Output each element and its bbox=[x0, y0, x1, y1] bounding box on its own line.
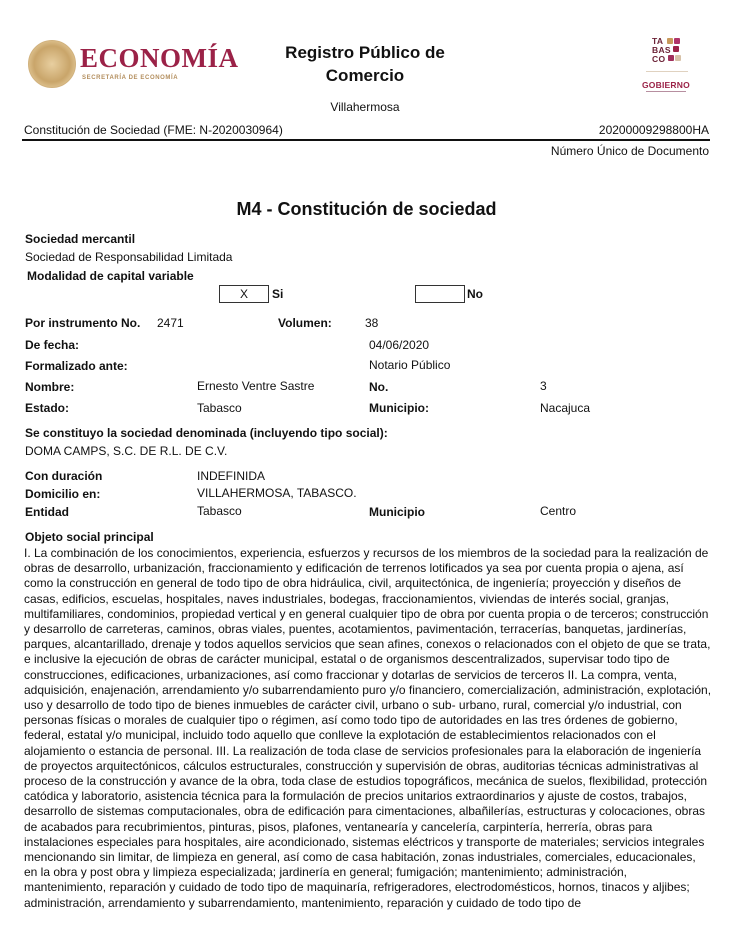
denominacion-label: Se constituyo la sociedad denominada (in… bbox=[25, 426, 388, 440]
tabasco-tile-icon bbox=[668, 55, 674, 61]
capital-variable-si-label: Si bbox=[272, 287, 283, 301]
municipio2-value: Centro bbox=[540, 504, 576, 518]
tabasco-gobierno-logo: TA BAS CO GOBIERNO bbox=[640, 37, 692, 93]
domicilio-label: Domicilio en: bbox=[25, 487, 100, 501]
volumen-value: 38 bbox=[365, 316, 378, 330]
capital-variable-label: Modalidad de capital variable bbox=[27, 269, 194, 283]
objeto-social-label: Objeto social principal bbox=[25, 530, 154, 544]
estado-label: Estado: bbox=[25, 401, 69, 415]
formalizado-value: Notario Público bbox=[369, 358, 450, 372]
document-number-caption: Número Único de Documento bbox=[551, 144, 709, 158]
economia-logo: ECONOMÍA SECRETARÍA DE ECONOMÍA bbox=[28, 40, 243, 90]
tabasco-tile-icon bbox=[675, 55, 681, 61]
capital-variable-no-checkbox[interactable] bbox=[415, 285, 465, 303]
city-label: Villahermosa bbox=[240, 100, 490, 114]
sociedad-mercantil-value: Sociedad de Responsabilidad Limitada bbox=[25, 250, 232, 264]
entidad-value: Tabasco bbox=[197, 504, 242, 518]
domicilio-value: VILLAHERMOSA, TABASCO. bbox=[197, 486, 357, 500]
entidad-label: Entidad bbox=[25, 505, 69, 519]
sociedad-mercantil-label: Sociedad mercantil bbox=[25, 232, 135, 246]
nombre-value: Ernesto Ventre Sastre bbox=[197, 379, 314, 393]
duracion-value: INDEFINIDA bbox=[197, 469, 265, 483]
tabasco-tile-icon bbox=[667, 38, 673, 44]
municipio2-label: Municipio bbox=[369, 505, 425, 519]
instrumento-value: 2471 bbox=[157, 316, 184, 330]
tabasco-tile-icon bbox=[674, 38, 680, 44]
municipio-label: Municipio: bbox=[369, 401, 429, 415]
mexico-coat-of-arms-seal-icon bbox=[28, 40, 76, 88]
instrumento-label: Por instrumento No. bbox=[25, 316, 140, 330]
title-line-1: Registro Público de bbox=[240, 41, 490, 64]
objeto-social-text: I. La combinación de los conocimientos, … bbox=[24, 546, 712, 911]
duracion-label: Con duración bbox=[25, 469, 102, 483]
volumen-label: Volumen: bbox=[278, 316, 332, 330]
capital-variable-no-label: No bbox=[467, 287, 483, 301]
fecha-label: De fecha: bbox=[25, 338, 79, 352]
economia-wordmark: ECONOMÍA bbox=[80, 43, 239, 74]
municipio-value: Nacajuca bbox=[540, 401, 590, 415]
denominacion-value: DOMA CAMPS, S.C. DE R.L. DE C.V. bbox=[25, 444, 227, 458]
divider bbox=[646, 91, 686, 92]
numero-label: No. bbox=[369, 380, 388, 394]
title-line-2: Comercio bbox=[240, 64, 490, 87]
divider bbox=[646, 71, 688, 72]
page-title: Registro Público de Comercio bbox=[240, 41, 490, 87]
numero-value: 3 bbox=[540, 379, 547, 393]
tabasco-tile-icon bbox=[673, 46, 679, 52]
nombre-label: Nombre: bbox=[25, 380, 74, 394]
gobierno-wordmark: GOBIERNO bbox=[642, 80, 690, 90]
fecha-value: 04/06/2020 bbox=[369, 338, 429, 352]
document-number: 20200009298800HA bbox=[599, 123, 709, 137]
form-title: M4 - Constitución de sociedad bbox=[0, 199, 733, 220]
estado-value: Tabasco bbox=[197, 401, 242, 415]
formalizado-label: Formalizado ante: bbox=[25, 359, 128, 373]
economia-subtitle: SECRETARÍA DE ECONOMÍA bbox=[82, 75, 178, 81]
capital-variable-si-checkbox[interactable]: X bbox=[219, 285, 269, 303]
document-type: Constitución de Sociedad (FME: N-2020030… bbox=[24, 123, 283, 137]
divider bbox=[22, 139, 710, 141]
